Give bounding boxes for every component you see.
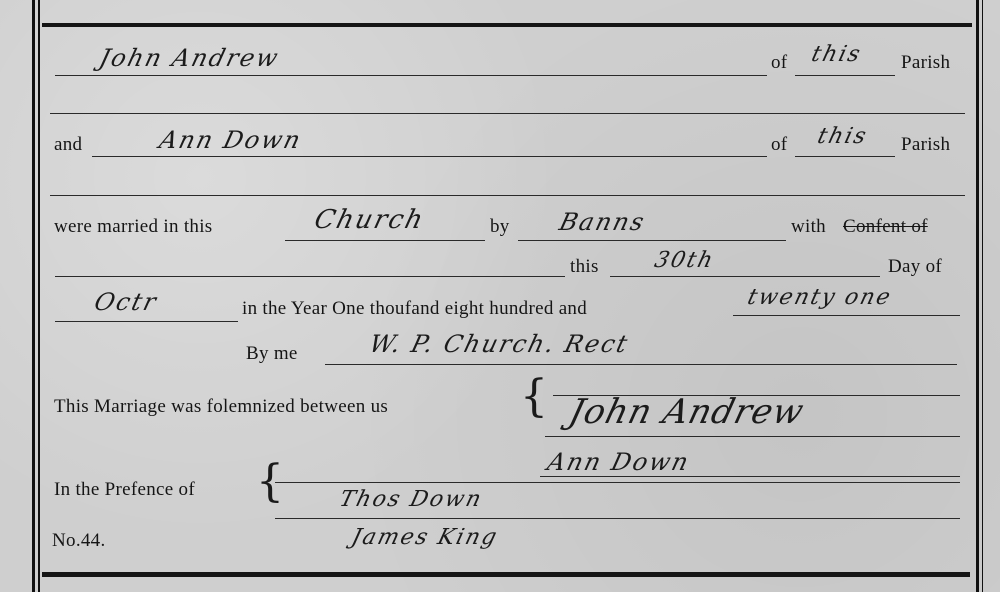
officiant: W. P. Church. Rect — [367, 330, 633, 358]
right-border-line-inner — [982, 0, 983, 592]
day: 30th — [652, 248, 717, 273]
presence-label: In the Prefence of — [54, 479, 195, 501]
parties-brace: { — [520, 375, 548, 419]
witness-line-2 — [275, 518, 960, 519]
groom-parish-line — [795, 75, 895, 76]
register-page: John Andrew of this Parish and Ann Down … — [0, 0, 1000, 592]
top-rule — [42, 23, 972, 27]
this-label: this — [570, 256, 599, 278]
bride-signature: Ann Down — [545, 448, 694, 476]
year-phrase-label: in the Year One thoufand eight hundred a… — [242, 298, 587, 320]
bride-subline — [50, 195, 965, 196]
consent-line — [55, 276, 565, 277]
by-label: by — [490, 216, 510, 238]
with-label: with — [791, 216, 826, 238]
witness-line-1 — [275, 482, 960, 483]
of-label-1: of — [771, 52, 787, 74]
parish-label-2: Parish — [901, 134, 950, 156]
groom-signature: John Andrew — [565, 392, 808, 432]
groom-signature-underline — [545, 436, 960, 437]
year-line — [733, 315, 960, 316]
groom-parish: this — [809, 42, 865, 67]
witness-2: James King — [349, 525, 501, 550]
by-method: Banns — [557, 208, 649, 236]
solemnized-label: This Marriage was folemnized between us — [54, 396, 388, 418]
bottom-rule — [42, 572, 970, 577]
of-label-2: of — [771, 134, 787, 156]
place: Church — [311, 205, 428, 235]
method-line — [518, 240, 786, 241]
day-of-label: Day of — [888, 256, 942, 278]
day-line — [610, 276, 880, 277]
groom-name-line — [55, 75, 767, 76]
place-line — [285, 240, 485, 241]
right-border-line — [976, 0, 979, 592]
witness-1: Thos Down — [337, 487, 485, 512]
officiant-line — [325, 364, 957, 365]
bride-parish-line — [795, 156, 895, 157]
by-me-label: By me — [246, 343, 298, 365]
entry-number: No.44. — [52, 530, 106, 552]
month-line — [55, 321, 238, 322]
bride-signature-line — [540, 476, 960, 477]
consent-of-label: Confent of — [843, 216, 928, 238]
left-border-line — [32, 0, 35, 592]
month: Octr — [92, 288, 161, 316]
groom-name: John Andrew — [97, 44, 283, 72]
year-words: twenty one — [745, 285, 895, 310]
were-married-label: were married in this — [54, 216, 212, 238]
bride-parish: this — [815, 124, 871, 149]
bride-name-line — [92, 156, 767, 157]
bride-name: Ann Down — [157, 126, 306, 154]
left-border-line-inner — [38, 0, 40, 592]
groom-subline — [50, 113, 965, 114]
parish-label-1: Parish — [901, 52, 950, 74]
and-label: and — [54, 134, 82, 156]
